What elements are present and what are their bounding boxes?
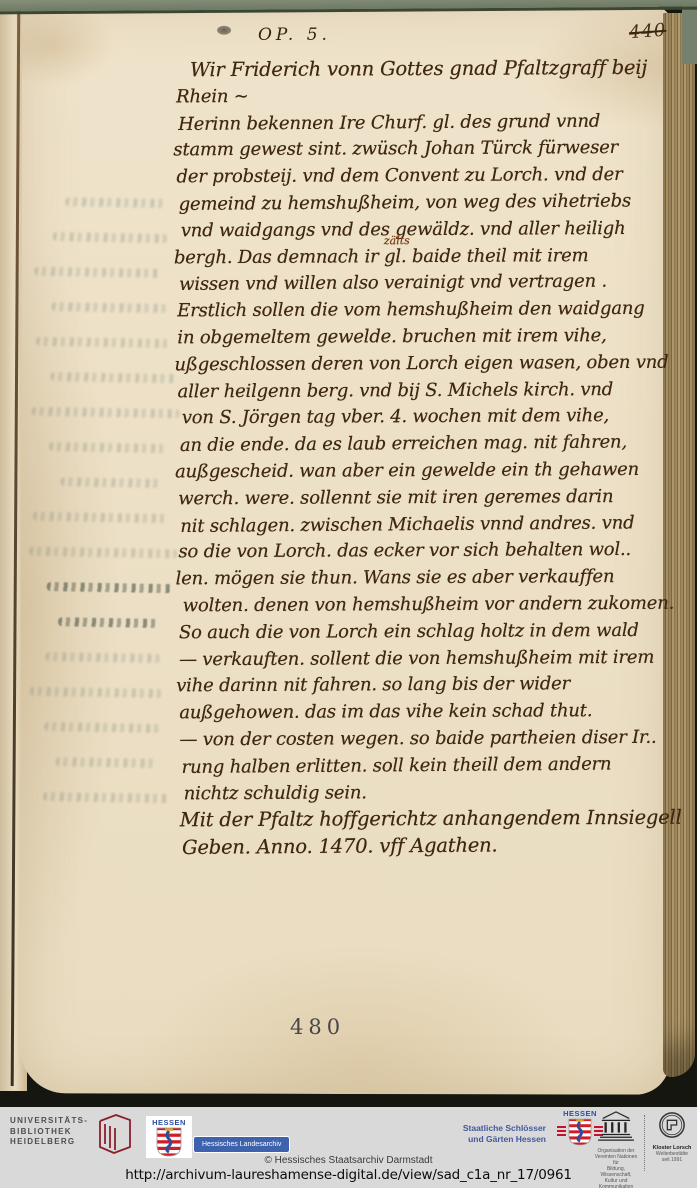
manuscript-line: ußgeschlossen deren von Lorch eigen wase… (174, 349, 674, 378)
manuscript-line: Geben. Anno. 1470. vff Agathen. (182, 831, 682, 862)
manuscript-line: nichtz schuldig sein. (184, 778, 684, 807)
manuscript-line: vnd waidgangs vnd des gewäldz. vnd aller… (181, 215, 681, 244)
manuscript-line: wolten. denen von hemshußheim vor andern… (183, 591, 683, 620)
ghost-text-line (29, 547, 177, 559)
ghost-text-line (58, 617, 159, 628)
hessisches-landesarchiv-badge: Hessisches Landesarchiv (194, 1137, 289, 1152)
ghost-text-line (44, 722, 160, 733)
manuscript-line: gemeind zu hemshußheim, von weg des vihe… (179, 188, 679, 219)
manuscript-line: stamm gewest sint. zwüsch Johan Türck fü… (173, 135, 673, 164)
manuscript-scan: OP. 5. 440 Wir Friderich vonn Gottes gna… (0, 0, 697, 1107)
hessen-red-bars-left (557, 1126, 566, 1138)
ghost-text-line (43, 792, 170, 803)
ghost-text-line (60, 477, 161, 488)
manuscript-line: der probsteij. vnd dem Convent zu Lorch.… (176, 162, 676, 191)
bleedthrough-column (25, 197, 184, 829)
ghost-text-line (50, 372, 177, 383)
schloesser-gaerten-label: Staatliche Schlösser und Gärten Hessen (418, 1123, 546, 1144)
ghost-text-line (51, 302, 167, 313)
ghost-text-line (30, 687, 166, 698)
manuscript-line: werch. were. sollennt sie mit iren gerem… (178, 483, 678, 512)
manuscript-line: Wir Friderich vonn Gottes gnad Pfaltzgra… (190, 55, 676, 84)
hessen-coat-of-arms-icon (156, 1127, 182, 1157)
manuscript-line: vihe darinn nit fahren. so lang bis der … (176, 671, 676, 700)
manuscript-line: so die von Lorch. das ecker vor sich beh… (178, 537, 678, 566)
ub-heidelberg-block: UNIVERSITÄTS- BIBLIOTHEK HEIDELBERG (10, 1116, 134, 1157)
ghost-text-line (36, 337, 172, 348)
manuscript-text-block: Wir Friderich vonn Gottes gnad Pfaltzgra… (176, 55, 680, 862)
ub-line-3: HEIDELBERG (10, 1137, 88, 1148)
hessen-landesarchiv-logo: HESSEN (146, 1116, 192, 1158)
ghost-text-line (33, 512, 169, 523)
hessen-wordmark: HESSEN (152, 1118, 186, 1127)
ghost-text-line (34, 267, 161, 278)
folio-number-struck: 440 (628, 20, 667, 44)
manuscript-line: len. mögen sie thun. Wans sie es aber ve… (176, 564, 676, 593)
ghost-text-line (55, 757, 156, 768)
ub-heidelberg-label: UNIVERSITÄTS- BIBLIOTHEK HEIDELBERG (10, 1116, 88, 1148)
ghost-text-line (49, 442, 165, 453)
manuscript-lines: Wir Friderich vonn Gottes gnad Pfaltzgra… (176, 55, 680, 862)
ink-blot (217, 26, 231, 35)
schloesser-line-1: Staatliche Schlösser (418, 1123, 546, 1134)
manuscript-line: Herinn bekennen Ire Churf. gl. des grund… (178, 108, 678, 139)
archive-page-stamp: 480 (290, 1015, 345, 1039)
manuscript-line: außgescheid. wan aber ein gewelde ein th… (175, 457, 675, 486)
copyright-line: © Hessisches Staatsarchiv Darmstadt (0, 1155, 697, 1166)
manuscript-line: bergh. Das demnach ir gl. baide theil mi… (174, 242, 674, 271)
manuscript-line: — von der costen wegen. so baide parthei… (179, 725, 679, 754)
manuscript-line: So auch die von Lorch ein schlag holtz i… (179, 617, 679, 646)
schloesser-line-2: und Gärten Hessen (418, 1134, 546, 1145)
manuscript-line: von S. Jörgen tag vber. 4. wochen mit de… (182, 403, 682, 432)
manuscript-line: rung halben erlitten. soll kein theill d… (182, 751, 682, 782)
ub-heidelberg-book-icon (94, 1113, 134, 1157)
manuscript-line: Erstlich sollen die vom hemshußheim den … (177, 296, 677, 325)
ub-line-2: BIBLIOTHEK (10, 1127, 88, 1138)
ghost-text-line (52, 232, 168, 243)
manuscript-line: aller heilgenn berg. vnd bij S. Michels … (178, 376, 678, 405)
branding-footer: UNIVERSITÄTS- BIBLIOTHEK HEIDELBERG HESS… (0, 1107, 697, 1188)
manuscript-line: Rhein ∼ (176, 81, 676, 110)
hessen-coat-of-arms-icon-2 (568, 1118, 592, 1146)
ghost-text-line (65, 197, 166, 208)
manuscript-line: an die ende. da es laub erreichen mag. n… (180, 429, 680, 460)
manuscript-line: — verkauften. sollent die von hemshußhei… (179, 644, 679, 673)
manuscript-line: außgehowen. das im das vihe kein schad t… (179, 698, 679, 727)
manuscript-insertion-note: zälts (384, 234, 410, 247)
manuscript-line: wissen vnd willen also verainigt vnd ver… (179, 268, 679, 299)
kloster-lorsch-emblem-icon (658, 1111, 686, 1139)
source-url: http://archivum-laureshamense-digital.de… (0, 1167, 697, 1183)
ghost-text-line (32, 407, 180, 419)
unesco-temple-icon (596, 1110, 636, 1142)
ub-line-1: UNIVERSITÄTS- (10, 1116, 88, 1127)
manuscript-line: in obgemeltem gewelde. bruchen mit irem … (177, 323, 677, 352)
page-heading: OP. 5. (258, 25, 331, 45)
manuscript-line: Mit der Pfaltz hoffgerichtz anhangendem … (180, 805, 680, 834)
ghost-text-line (45, 652, 161, 663)
ghost-text-line (46, 582, 173, 593)
manuscript-line: nit schlagen. zwischen Michaelis vnnd an… (180, 510, 680, 541)
